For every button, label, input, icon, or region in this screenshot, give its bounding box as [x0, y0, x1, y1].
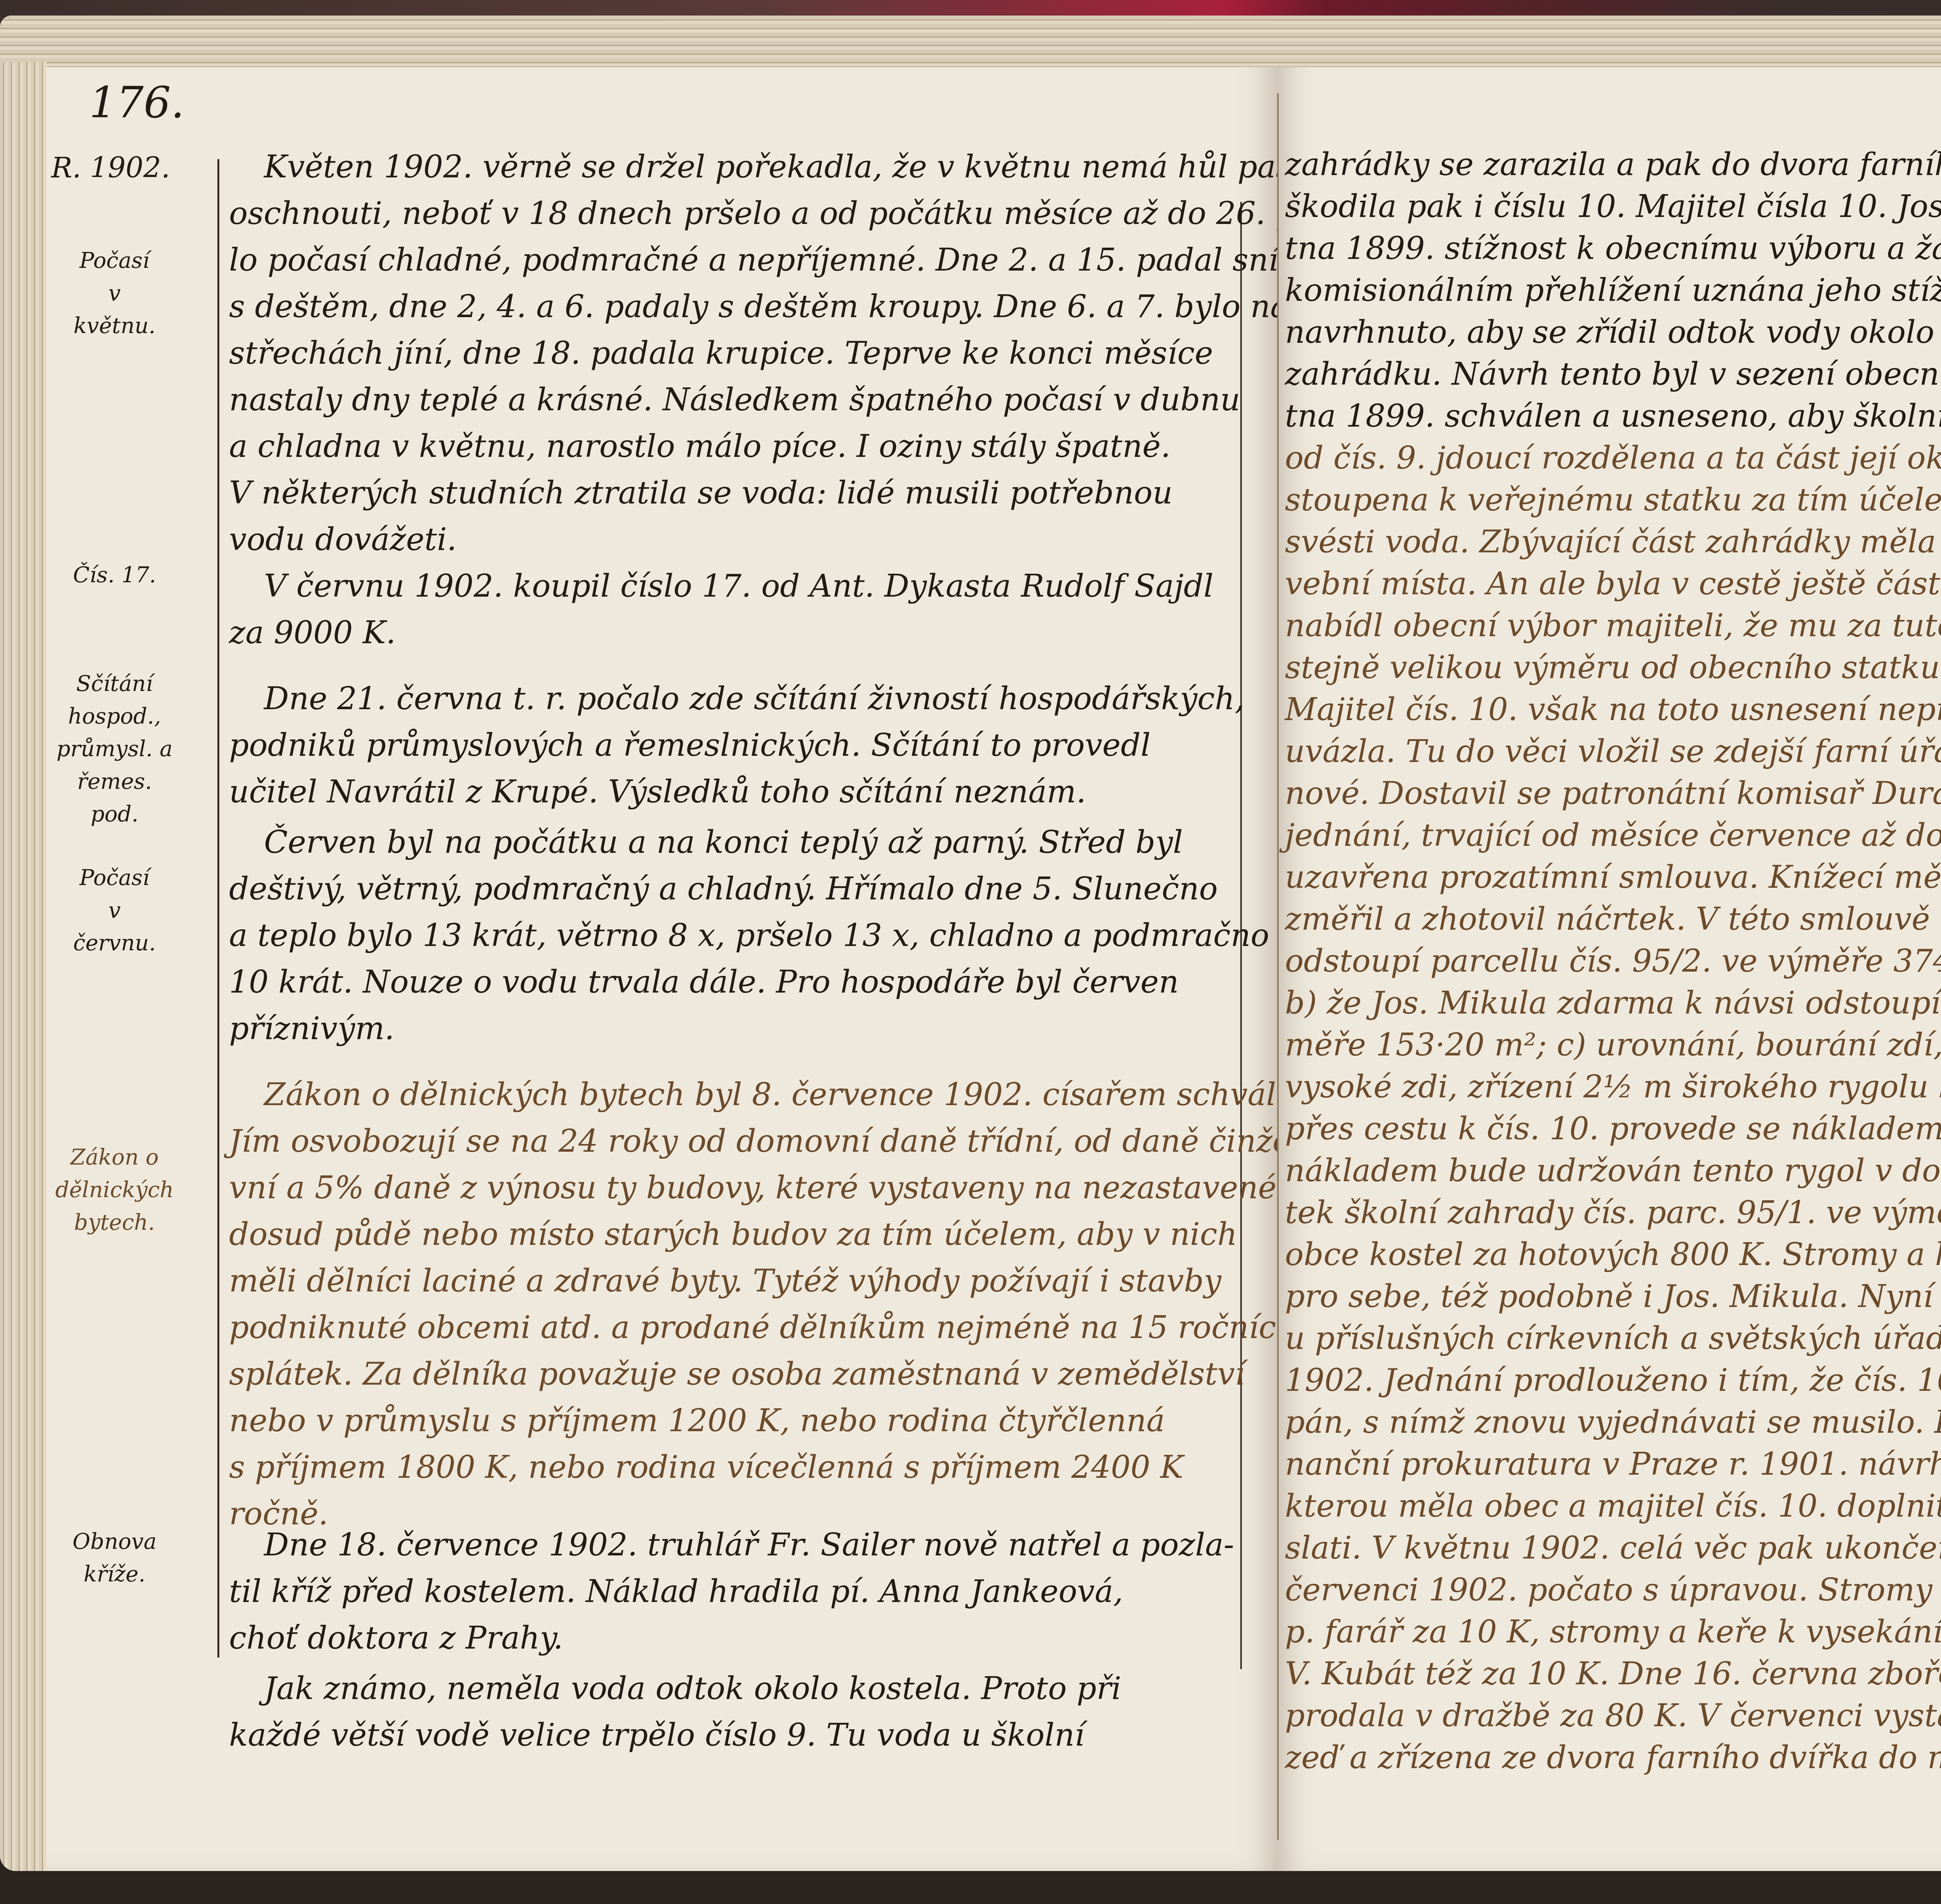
year-note: R. 1902.	[47, 151, 175, 184]
paragraph-obnova-krize: Dne 18. července 1902. truhlář Fr. Saile…	[229, 1522, 1234, 1661]
page-top-edge	[1277, 16, 1941, 67]
left-page: 176. R. 1902. Počasí v květnu. Čís. 17. …	[0, 16, 1277, 1871]
right-page-text: zahrádky se zarazila a pak do dvora farn…	[1285, 144, 1941, 1779]
page-top-edge	[0, 16, 1277, 67]
margin-note-obnova-krize: Obnova kříže.	[50, 1526, 179, 1591]
paragraph-pocasi-cerven: Červen byl na počátku a na konci teplý a…	[229, 819, 1269, 1052]
paragraph-pocasi-kveten: Květen 1902. věrně se držel pořekadla, ž…	[229, 144, 1277, 563]
page-stack-left	[0, 62, 47, 1871]
paragraph-scitani: Dne 21. června t. r. počalo zde sčítání …	[229, 675, 1245, 815]
paragraph-cislo-17: V červnu 1902. koupil číslo 17. od Ant. …	[229, 563, 1214, 656]
margin-note-zakon: Zákon o dělnických bytech.	[50, 1141, 179, 1239]
right-page: 177. R. 1902. Úprava na jihu kostela. za…	[1277, 16, 1941, 1871]
margin-note-cislo-17: Čís. 17.	[50, 559, 179, 592]
paragraph-odtok-vody: Jak známo, neměla voda odtok okolo koste…	[229, 1665, 1121, 1758]
page-number: 176.	[89, 78, 184, 127]
margin-note-pocasi-kveten: Počasí v květnu.	[50, 245, 179, 342]
paragraph-zakon-delnicke-byty: Zákon o dělnických bytech byl 8. červenc…	[229, 1071, 1277, 1537]
margin-note-scitani: Sčítání hospod., průmysl. a řemes. pod.	[50, 668, 179, 831]
margin-note-pocasi-cerven: Počasí v červnu.	[50, 862, 179, 960]
margin-rule	[217, 159, 219, 1658]
gutter-line	[1277, 93, 1279, 1840]
